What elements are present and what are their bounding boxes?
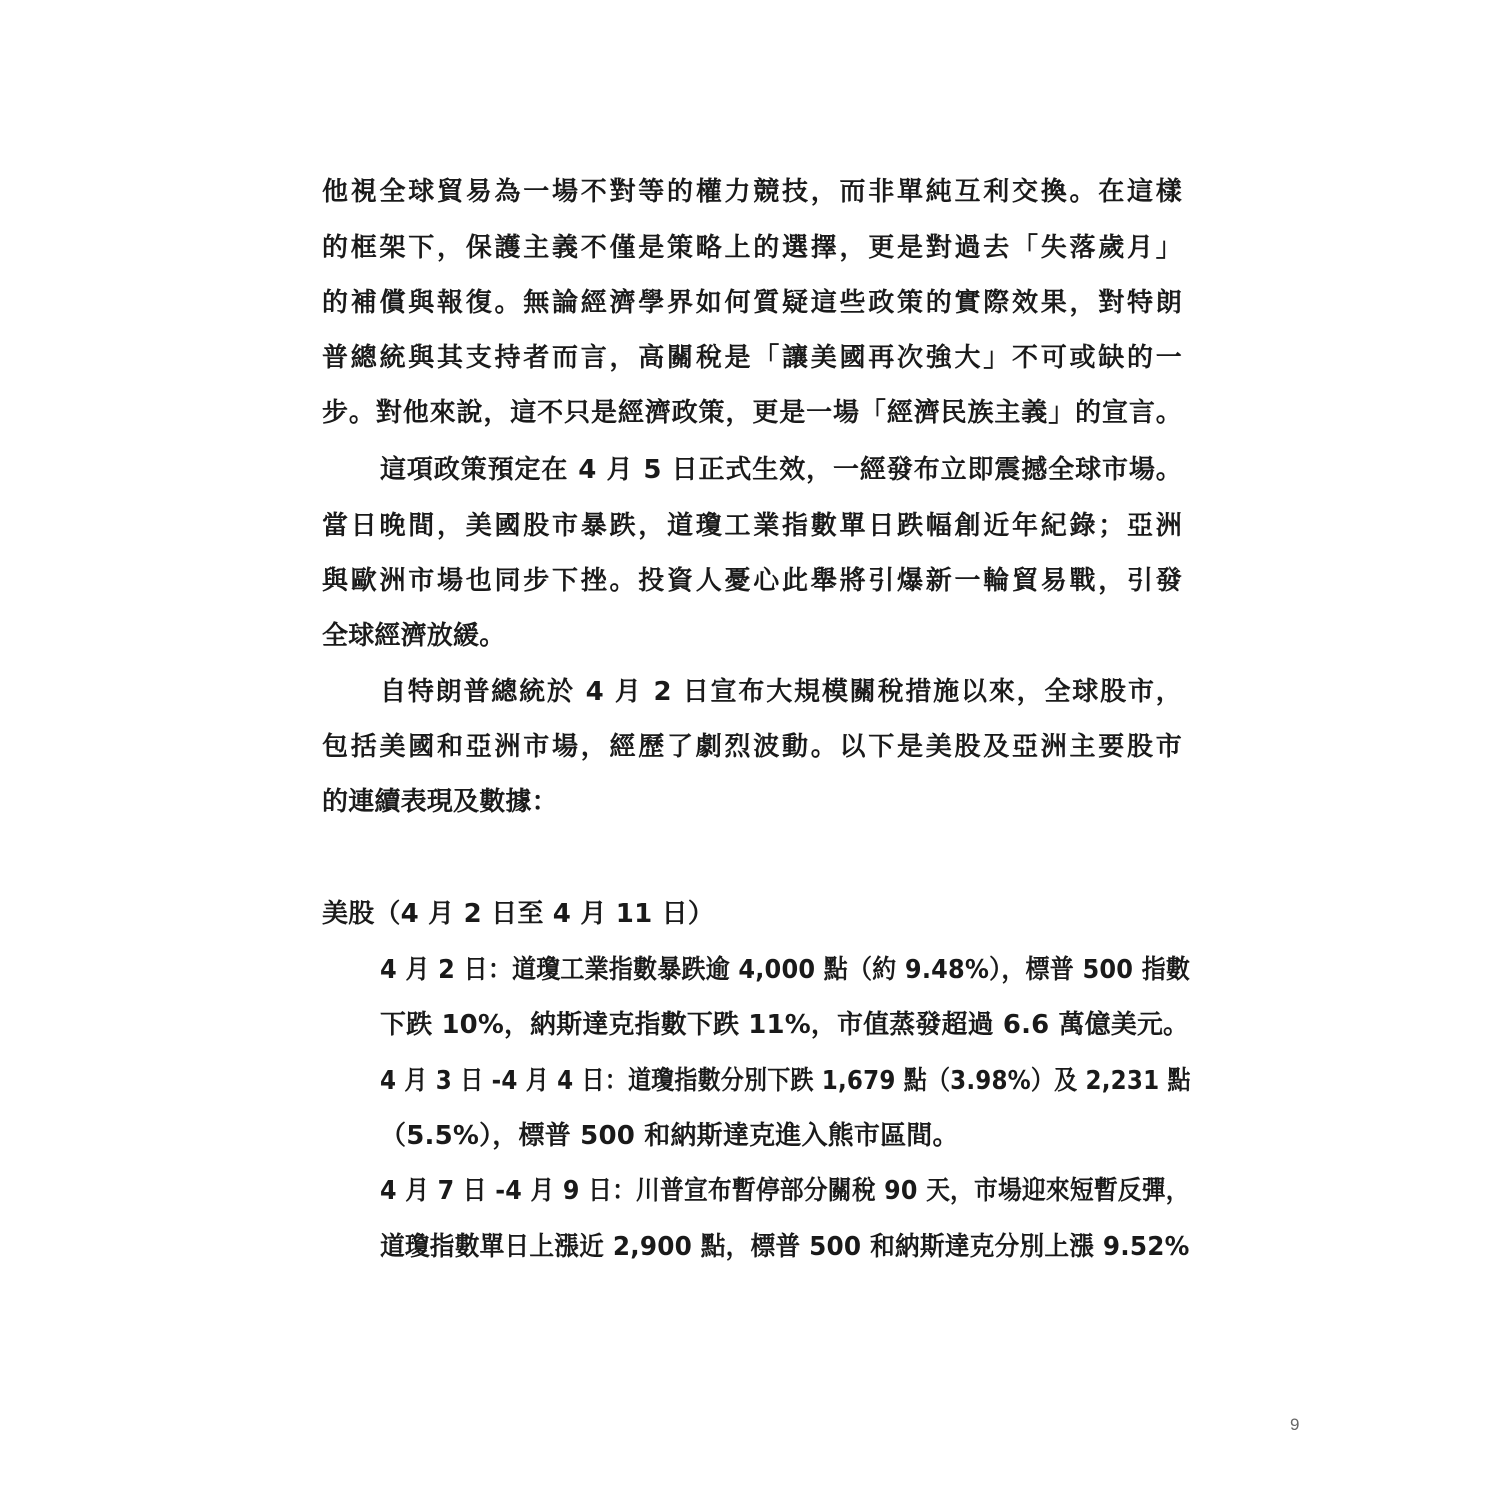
list-item-2-line-2: （5.5%），標普 500 和納斯達克進入熊市區間。: [380, 1116, 1182, 1156]
paragraph-2-line-2: 當日晚間，美國股市暴跌，道瓊工業指數單日跌幅創近年紀錄；亞洲: [322, 506, 1182, 546]
paragraph-1-line-5: 步。對他來說，這不只是經濟政策，更是一場「經濟民族主義」的宣言。: [322, 393, 1182, 433]
paragraph-1-line-2: 的框架下，保護主義不僅是策略上的選擇，更是對過去「失落歲月」: [322, 228, 1182, 268]
paragraph-2-line-4: 全球經濟放緩。: [322, 616, 1182, 656]
page-number: 9: [1290, 1415, 1299, 1435]
list-item-2-line-1: 4 月 3 日 -4 月 4 日：道瓊指數分別下跌 1,679 點（3.98%）…: [380, 1061, 1182, 1101]
document-page: 他視全球貿易為一場不對等的權力競技，而非單純互利交換。在這樣 的框架下，保護主義…: [0, 0, 1500, 1500]
section-heading: 美股（4 月 2 日至 4 月 11 日）: [322, 894, 1182, 934]
list-item-3-line-1: 4 月 7 日 -4 月 9 日：川普宣布暫停部分關稅 90 天，市場迎來短暫反…: [380, 1171, 1182, 1211]
paragraph-1-line-3: 的補償與報復。無論經濟學界如何質疑這些政策的實際效果，對特朗: [322, 283, 1182, 323]
paragraph-1-line-4: 普總統與其支持者而言，高關稅是「讓美國再次強大」不可或缺的一: [322, 338, 1182, 378]
paragraph-3-line-3: 的連續表現及數據：: [322, 782, 1182, 822]
paragraph-2-line-3: 與歐洲市場也同步下挫。投資人憂心此舉將引爆新一輪貿易戰，引發: [322, 561, 1182, 601]
list-item-3-line-2: 道瓊指數單日上漲近 2,900 點，標普 500 和納斯達克分別上漲 9.52%: [380, 1227, 1182, 1267]
paragraph-3-line-2: 包括美國和亞洲市場，經歷了劇烈波動。以下是美股及亞洲主要股市: [322, 727, 1182, 767]
list-item-1-line-1: 4 月 2 日：道瓊工業指數暴跌逾 4,000 點（約 9.48%），標普 50…: [380, 950, 1182, 990]
paragraph-2-line-1: 這項政策預定在 4 月 5 日正式生效，一經發布立即震撼全球市場。: [380, 450, 1182, 490]
paragraph-1-line-1: 他視全球貿易為一場不對等的權力競技，而非單純互利交換。在這樣: [322, 172, 1182, 212]
paragraph-3-line-1: 自特朗普總統於 4 月 2 日宣布大規模關稅措施以來，全球股市，: [380, 672, 1182, 712]
list-item-1-line-2: 下跌 10%，納斯達克指數下跌 11%，市值蒸發超過 6.6 萬億美元。: [380, 1005, 1182, 1045]
